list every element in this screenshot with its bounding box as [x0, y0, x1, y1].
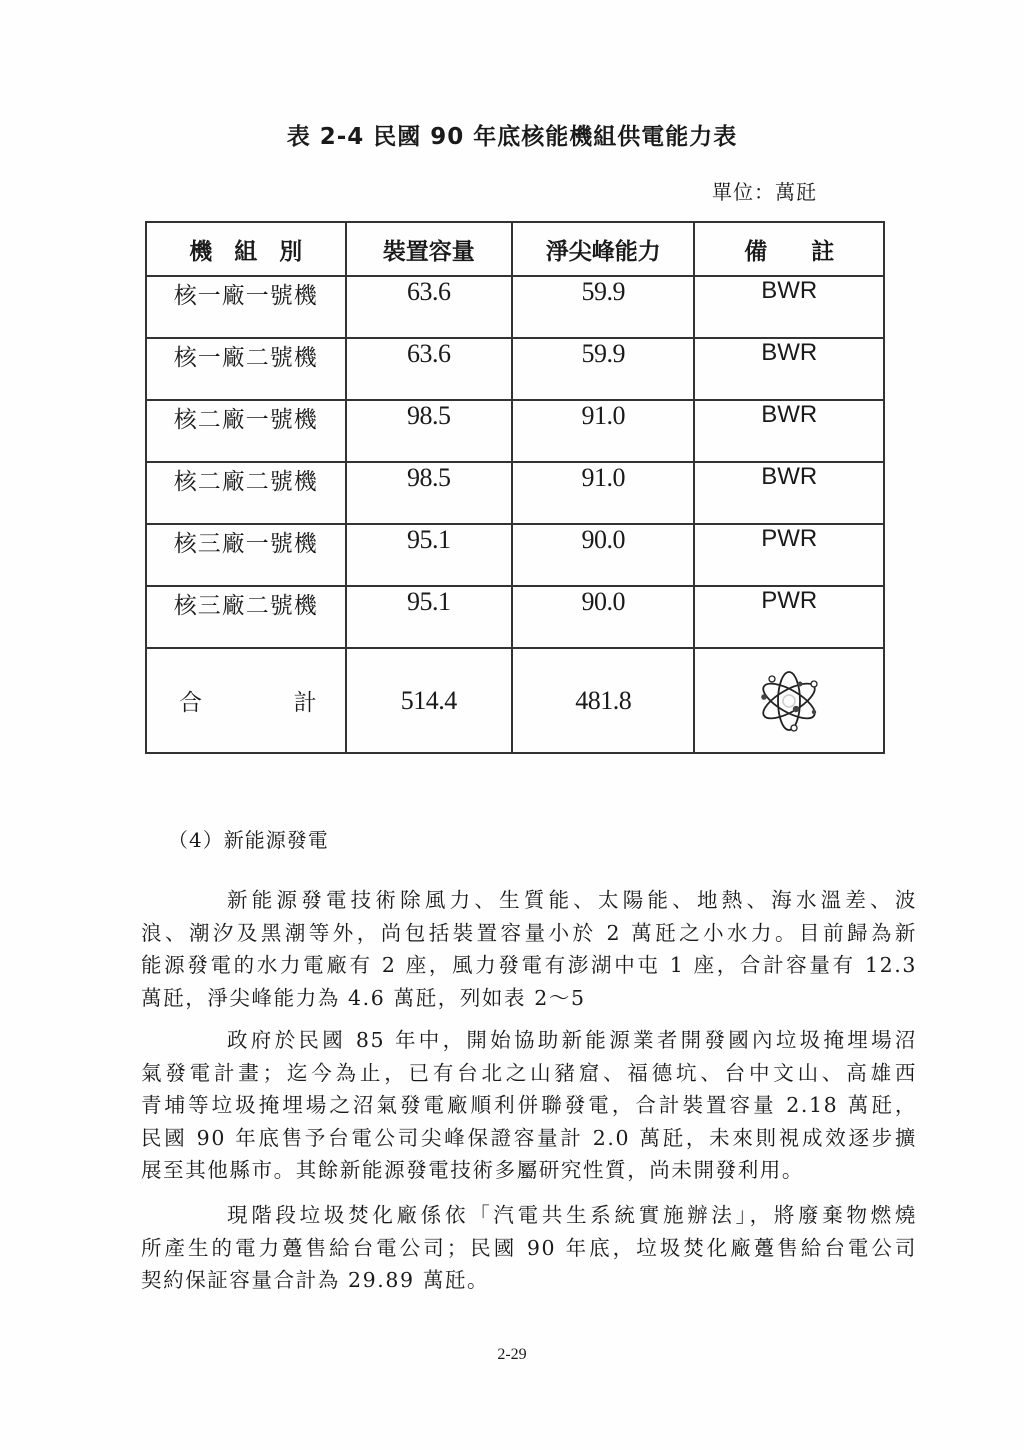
- paragraph-line: 民國 90 年底售予台電公司尖峰保證容量計 2.0 萬瓩，未來則視成效逐步擴: [141, 1122, 917, 1155]
- reactor-type: PWR: [694, 524, 884, 586]
- page-number: 2-29: [0, 1346, 1024, 1364]
- installed-capacity: 63.6: [346, 276, 512, 338]
- reactor-type: BWR: [694, 276, 884, 338]
- header-net-peak-capacity: 淨尖峰能力: [512, 222, 694, 276]
- unit-label: 單位：萬瓩: [712, 176, 817, 205]
- installed-capacity: 95.1: [346, 524, 512, 586]
- document-page: 表 2-4 民國 90 年底核能機組供電能力表 單位：萬瓩 機組別 裝置容量 淨…: [0, 0, 1024, 1450]
- total-net-peak-capacity: 481.8: [512, 648, 694, 753]
- paragraph-incineration: 現階段垃圾焚化廠係依「汽電共生系統實施辦法」，將廢棄物燃燒 所產生的電力躉售給台…: [141, 1199, 917, 1297]
- unit-name: 核三廠二號機: [146, 586, 346, 648]
- header-unit: 機組別: [146, 222, 346, 276]
- paragraph-line: 能源發電的水力電廠有 2 座，風力發電有澎湖中屯 1 座，合計容量有 12.3: [141, 949, 917, 982]
- unit-name: 核二廠二號機: [146, 462, 346, 524]
- table-title: 表 2-4 民國 90 年底核能機組供電能力表: [0, 118, 1024, 151]
- installed-capacity: 95.1: [346, 586, 512, 648]
- paragraph-line: 現階段垃圾焚化廠係依「汽電共生系統實施辦法」，將廢棄物燃燒: [141, 1199, 917, 1232]
- reactor-type: BWR: [694, 462, 884, 524]
- total-label: 合 計: [146, 648, 346, 753]
- net-peak-capacity: 59.9: [512, 276, 694, 338]
- net-peak-capacity: 91.0: [512, 400, 694, 462]
- installed-capacity: 98.5: [346, 462, 512, 524]
- reactor-type: PWR: [694, 586, 884, 648]
- paragraph-line: 新能源發電技術除風力、生質能、太陽能、地熱、海水溫差、波: [141, 884, 917, 917]
- paragraph-line: 政府於民國 85 年中，開始協助新能源業者開發國內垃圾掩埋場沼: [141, 1024, 917, 1057]
- table-row: 核三廠一號機 95.1 90.0 PWR: [146, 524, 884, 586]
- section-heading: （4）新能源發電: [168, 824, 329, 853]
- paragraph-line: 氣發電計畫；迄今為止，已有台北之山豬窟、福德坑、台中文山、高雄西: [141, 1057, 917, 1090]
- paragraph-landfill-gas: 政府於民國 85 年中，開始協助新能源業者開發國內垃圾掩埋場沼 氣發電計畫；迄今…: [141, 1024, 917, 1187]
- paragraph-line: 青埔等垃圾掩埋場之沼氣發電廠順利併聯發電，合計裝置容量 2.18 萬瓩，: [141, 1089, 917, 1122]
- table-row: 核二廠一號機 98.5 91.0 BWR: [146, 400, 884, 462]
- paragraph-new-energy: 新能源發電技術除風力、生質能、太陽能、地熱、海水溫差、波 浪、潮汐及黑潮等外，尚…: [141, 884, 917, 1014]
- header-note: 備註: [694, 222, 884, 276]
- reactor-type: BWR: [694, 400, 884, 462]
- table-row: 核三廠二號機 95.1 90.0 PWR: [146, 586, 884, 648]
- unit-name: 核一廠一號機: [146, 276, 346, 338]
- total-row: 合 計 514.4 481.8: [146, 648, 884, 753]
- net-peak-capacity: 90.0: [512, 586, 694, 648]
- installed-capacity: 63.6: [346, 338, 512, 400]
- table-row: 核一廠二號機 63.6 59.9 BWR: [146, 338, 884, 400]
- paragraph-line: 萬瓩，淨尖峰能力為 4.6 萬瓩，列如表 2～5: [141, 982, 917, 1015]
- paragraph-line: 契約保証容量合計為 29.89 萬瓩。: [141, 1264, 917, 1297]
- table-row: 核二廠二號機 98.5 91.0 BWR: [146, 462, 884, 524]
- unit-name: 核三廠一號機: [146, 524, 346, 586]
- paragraph-line: 所產生的電力躉售給台電公司；民國 90 年底，垃圾焚化廠躉售給台電公司: [141, 1232, 917, 1265]
- net-peak-capacity: 91.0: [512, 462, 694, 524]
- paragraph-line: 展至其他縣市。其餘新能源發電技術多屬研究性質，尚未開發利用。: [141, 1154, 917, 1187]
- net-peak-capacity: 90.0: [512, 524, 694, 586]
- total-note: [694, 648, 884, 753]
- table-row: 核一廠一號機 63.6 59.9 BWR: [146, 276, 884, 338]
- nuclear-capacity-table: 機組別 裝置容量 淨尖峰能力 備註 核一廠一號機 63.6 59.9 BWR 核…: [145, 221, 885, 754]
- unit-name: 核二廠一號機: [146, 400, 346, 462]
- table-header-row: 機組別 裝置容量 淨尖峰能力 備註: [146, 222, 884, 276]
- net-peak-capacity: 59.9: [512, 338, 694, 400]
- atom-icon: [754, 670, 824, 732]
- header-installed-capacity: 裝置容量: [346, 222, 512, 276]
- installed-capacity: 98.5: [346, 400, 512, 462]
- reactor-type: BWR: [694, 338, 884, 400]
- paragraph-line: 浪、潮汐及黑潮等外，尚包括裝置容量小於 2 萬瓩之小水力。目前歸為新: [141, 917, 917, 950]
- total-installed-capacity: 514.4: [346, 648, 512, 753]
- unit-name: 核一廠二號機: [146, 338, 346, 400]
